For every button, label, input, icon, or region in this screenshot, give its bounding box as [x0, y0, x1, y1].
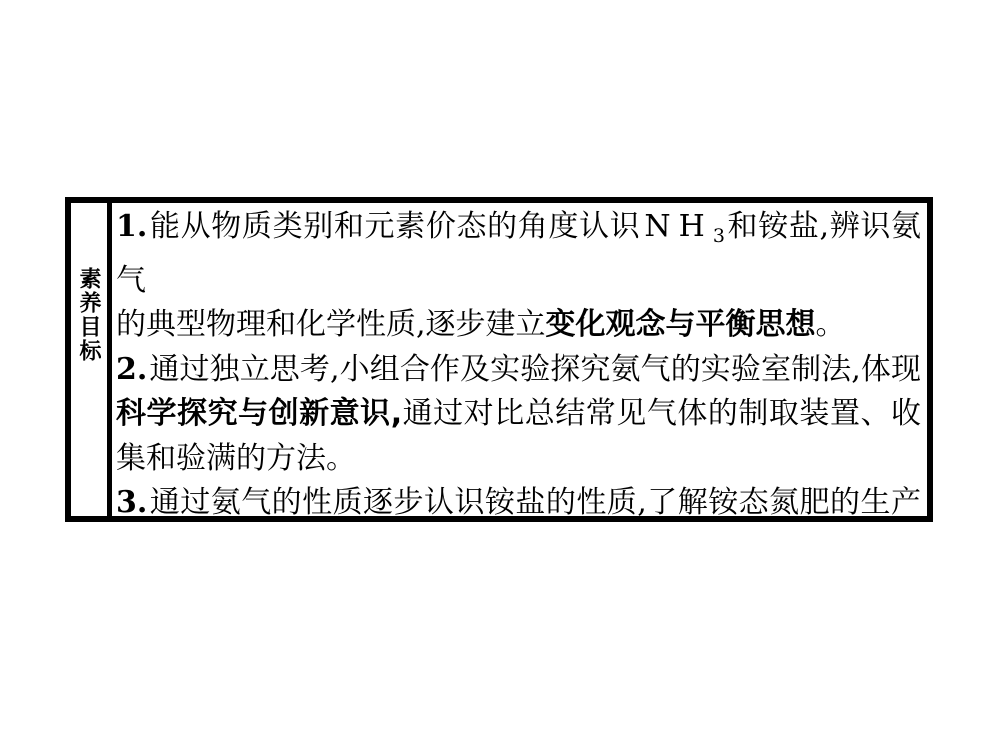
goal-line: 集和验满的方法。 [116, 437, 921, 482]
text-segment: 。 [816, 307, 846, 342]
text-segment: 通过氨气的性质逐步认识铵盐的性质,了解铵态氮肥的生产及 [116, 485, 921, 516]
goal-line: 科学探究与创新意识,通过对比总结常见气体的制取装置、收 [116, 392, 921, 437]
emphasized-text: 科学探究与创新意识, [116, 396, 402, 431]
text-segment: 通过独立思考,小组合作及实验探究氨气的实验室制法,体现 [149, 352, 921, 387]
emphasized-text: 变化观念与平衡思想 [546, 307, 816, 342]
goal-line: 1.能从物质类别和元素价态的角度认识NH3和铵盐,辨识氨气 [116, 205, 921, 303]
goal-box: 素养目标 1.能从物质类别和元素价态的角度认识NH3和铵盐,辨识氨气的典型物理和… [65, 197, 933, 522]
goal-line: 3.通过氨气的性质逐步认识铵盐的性质,了解铵态氮肥的生产及 [116, 481, 921, 516]
item-number: 3. [116, 485, 147, 516]
goal-line: 的典型物理和化学性质,逐步建立变化观念与平衡思想。 [116, 303, 921, 348]
slide: 素养目标 1.能从物质类别和元素价态的角度认识NH3和铵盐,辨识氨气的典型物理和… [0, 0, 1000, 750]
text-segment: 通过对比总结常见气体的制取装置、收 [402, 396, 921, 431]
text-segment: 集和验满的方法。 [116, 441, 356, 476]
text-segment: 能从物质类别和元素价态的角度认识 [149, 209, 640, 244]
goal-content: 1.能从物质类别和元素价态的角度认识NH3和铵盐,辨识氨气的典型物理和化学性质,… [112, 203, 927, 516]
goal-label: 素养目标 [72, 267, 106, 363]
goal-label-column: 素养目标 [71, 203, 107, 516]
text-segment: 的典型物理和化学性质,逐步建立 [116, 307, 546, 342]
item-number: 2. [116, 352, 147, 387]
chemical-formula: NH3 [644, 209, 725, 244]
goal-line: 2.通过独立思考,小组合作及实验探究氨气的实验室制法,体现 [116, 348, 921, 393]
item-number: 1. [116, 209, 147, 244]
